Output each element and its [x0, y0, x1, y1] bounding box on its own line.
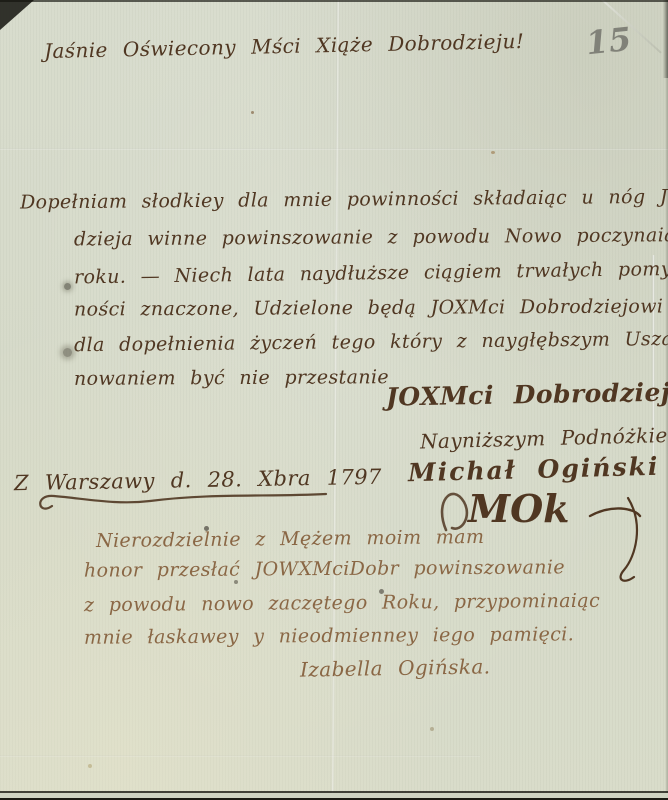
salutation-line: Jaśnie Oświecony Mści Xiąże Dobrodzieju!	[44, 29, 525, 63]
page-bottom-edge	[0, 791, 668, 800]
closing-valediction-line: Nayniższym Podnóżkiem	[420, 423, 668, 454]
letter-scan: 15 Jaśnie Oświecony Mści Xiąże Dobrodzie…	[0, 0, 668, 800]
archive-page-number: 15	[584, 20, 634, 63]
ink-speck	[251, 111, 254, 114]
ink-speck	[234, 580, 238, 584]
ink-speck	[539, 467, 543, 471]
postscript-line: Nierozdzielnie z Mężem moim mam	[96, 526, 485, 552]
ink-speck	[63, 348, 72, 357]
body-line: dzieja winne powinszowanie z powodu Nowo…	[74, 224, 668, 251]
closing-recipient-line: JOXMci Dobrodzieja	[386, 377, 668, 411]
body-line: dla dopełnienia życzeń tego który z nayg…	[74, 328, 668, 356]
ink-speck	[430, 727, 434, 731]
ink-speck	[88, 764, 92, 768]
paraph-monogram: MOk	[466, 486, 570, 531]
ink-speck	[379, 589, 384, 594]
letter-page: 15 Jaśnie Oświecony Mści Xiąże Dobrodzie…	[0, 0, 668, 793]
page-top-edge	[0, 0, 668, 2]
postscript-line: honor przesłać JOWXMciDobr powinszowanie	[84, 556, 565, 581]
page-right-edge-top	[663, 0, 668, 78]
ink-speck	[64, 283, 71, 290]
dateline-underline-flourish	[28, 490, 328, 518]
body-line: roku. — Niech lata naydłuższe ciągiem tr…	[74, 258, 668, 289]
postscript-line: mnie łaskawey y nieodmienney iego pamięc…	[84, 623, 574, 648]
ink-speck	[204, 526, 209, 531]
oginska-signature: Izabella Ogińska.	[300, 654, 491, 681]
body-line: Dopełniam słodkiey dla mnie powinności s…	[20, 184, 668, 213]
body-line: nowaniem być nie przestanie	[74, 366, 389, 390]
postscript-line: z powodu nowo zaczętego Roku, przypomina…	[84, 590, 600, 617]
scanner-corner-shadow	[0, 0, 34, 30]
horizontal-fold-crease-top	[0, 148, 668, 150]
ink-speck	[491, 151, 495, 154]
horizontal-fold-crease-bottom	[0, 755, 480, 757]
body-line: ności znaczone, Udzielone będą JOXMci Do…	[74, 295, 663, 320]
